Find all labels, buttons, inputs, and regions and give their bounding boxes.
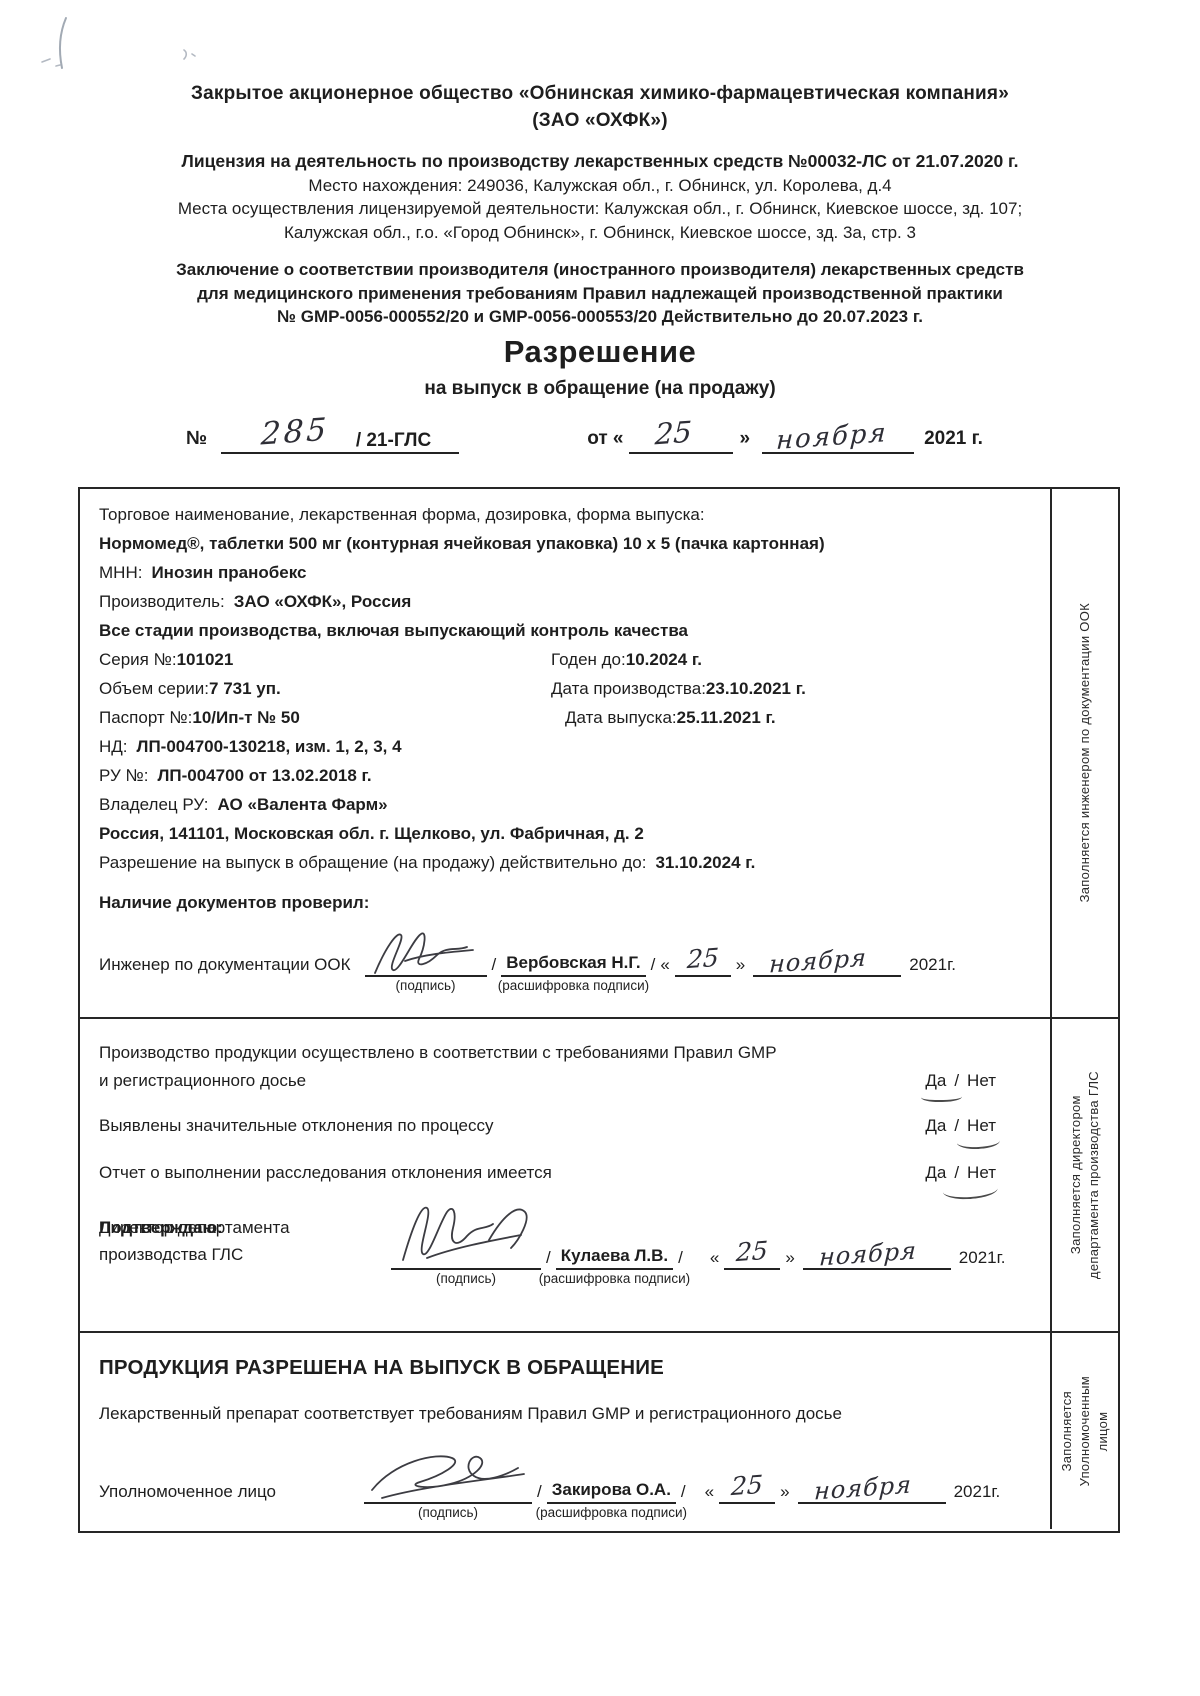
question-3-answer: Да/Нет xyxy=(925,1159,996,1187)
volume-cell: Объем серии:7 731 уп. xyxy=(99,674,551,703)
authorized-name-text: Закирова О.А. xyxy=(552,1480,671,1499)
slash-2: / xyxy=(651,955,656,977)
volume-label: Объем серии: xyxy=(99,679,209,698)
open-quote: « xyxy=(705,1482,714,1504)
question-3-text: Отчет о выполнении расследования отклоне… xyxy=(99,1159,552,1187)
engineer-name: Вербовская Н.Г. (расшифровка подписи) xyxy=(501,953,645,977)
director-signature-blank: (подпись) xyxy=(391,1242,541,1270)
permit-year: 2021 г. xyxy=(924,428,983,454)
director-signature-row: Директор департамента производства ГЛС (… xyxy=(99,1214,1032,1270)
section3-content: ПРОДУКЦИЯ РАЗРЕШЕНА НА ВЫПУСК В ОБРАЩЕНИ… xyxy=(80,1333,1050,1529)
owner-label: Владелец РУ: xyxy=(99,795,208,814)
owner-row: Владелец РУ:АО «Валента Фарм» xyxy=(99,790,1032,819)
mnn-label: МНН: xyxy=(99,563,142,582)
authorized-name: Закирова О.А. (расшифровка подписи) xyxy=(547,1480,676,1504)
director-year: 2021г. xyxy=(959,1248,1006,1270)
name-caption: (расшифровка подписи) xyxy=(539,1271,690,1286)
authorized-month-handwritten: ноября xyxy=(813,1470,912,1505)
question-2-row: Выявлены значительные отклонения по проц… xyxy=(99,1112,996,1140)
director-day-handwritten: 25 xyxy=(736,1236,769,1267)
slash-5: / xyxy=(537,1482,542,1504)
proddate-cell: Дата производства:23.10.2021 г. xyxy=(551,674,1032,703)
question-2-text: Выявлены значительные отклонения по проц… xyxy=(99,1112,494,1140)
documents-checked-heading: Наличие документов проверил: xyxy=(99,888,1032,917)
series-value: 101021 xyxy=(177,650,234,669)
question-1-text: Производство продукции осуществлено в со… xyxy=(99,1039,777,1095)
engineer-day-handwritten: 25 xyxy=(686,943,719,974)
permit-number-suffix: / 21-ГЛС xyxy=(356,430,431,452)
director-month-handwritten: ноября xyxy=(818,1236,917,1271)
section3-sidebar: Заполняется Уполномоченным лицом xyxy=(1050,1333,1118,1529)
open-quote: « xyxy=(710,1248,719,1270)
close-quote: » xyxy=(785,1248,794,1270)
section1-sidebar: Заполняется инженером по документации ОО… xyxy=(1050,489,1118,1017)
open-quote: « xyxy=(660,955,669,977)
engineer-signature-blank: (подпись) xyxy=(365,949,487,977)
header-license: Лицензия на деятельность по производству… xyxy=(60,150,1140,244)
license-address: Место нахождения: 249036, Калужская обл.… xyxy=(60,174,1140,198)
question-2-answer: Да/Нет xyxy=(925,1112,996,1140)
validity-row: Разрешение на выпуск в обращение (на про… xyxy=(99,848,1032,877)
license-sites-2: Калужская обл., г.о. «Город Обнинск», г.… xyxy=(60,221,1140,245)
q2-answer-no: Нет xyxy=(967,1112,996,1140)
gmp-line-1: Заключение о соответствии производителя … xyxy=(60,258,1140,282)
section-release-approval: ПРОДУКЦИЯ РАЗРЕШЕНА НА ВЫПУСК В ОБРАЩЕНИ… xyxy=(80,1333,1118,1529)
close-quote: » xyxy=(780,1482,789,1504)
engineer-role: Инженер по документации ООК xyxy=(99,955,351,977)
question-1-line1: Производство продукции осуществлено в со… xyxy=(99,1039,777,1067)
nd-row: НД:ЛП-004700-130218, изм. 1, 2, 3, 4 xyxy=(99,732,1032,761)
director-day-blank: 25 xyxy=(724,1234,780,1270)
ru-value: ЛП-004700 от 13.02.2018 г. xyxy=(157,766,371,785)
question-1-line2: и регистрационного досье xyxy=(99,1067,777,1095)
header-gmp-conclusion: Заключение о соответствии производителя … xyxy=(60,258,1140,329)
org-name: Закрытое акционерное общество «Обнинская… xyxy=(60,80,1140,107)
gmp-line-3: № GMP-0056-000552/20 и GMP-0056-000553/2… xyxy=(60,305,1140,329)
manufacturer-value: ЗАО «ОХФК», Россия xyxy=(234,592,412,611)
authorized-month-blank: ноября xyxy=(798,1468,946,1504)
director-month-blank: ноября xyxy=(803,1234,951,1270)
signature-icon xyxy=(364,1446,532,1508)
permit-month-blank: ноября xyxy=(762,412,914,454)
volume-value: 7 731 уп. xyxy=(209,679,281,698)
license-line: Лицензия на деятельность по производству… xyxy=(60,150,1140,174)
q1-answer-yes: Да xyxy=(925,1067,946,1095)
stages-row: Все стадии производства, включая выпуска… xyxy=(99,616,1032,645)
section-product-info: Торговое наименование, лекарственная фор… xyxy=(80,489,1118,1019)
permit-month-handwritten: ноября xyxy=(775,418,888,456)
reldate-label: Дата выпуска: xyxy=(565,708,677,727)
permit-day-blank: 25 xyxy=(629,412,733,454)
signature-icon xyxy=(391,1196,541,1274)
name-caption: (расшифровка подписи) xyxy=(536,1505,687,1520)
sidebar-label-engineer: Заполняется инженером по документации ОО… xyxy=(1076,603,1094,902)
q3-answer-sep: / xyxy=(954,1163,959,1182)
director-name: Кулаева Л.В. (расшифровка подписи) xyxy=(556,1246,673,1270)
authorized-year: 2021г. xyxy=(954,1482,1001,1504)
series-label: Серия №: xyxy=(99,650,177,669)
question-1-row: Производство продукции осуществлено в со… xyxy=(99,1039,996,1095)
q3-answer-yes: Да xyxy=(925,1159,946,1187)
expiry-cell: Годен до:10.2024 г. xyxy=(551,645,1032,674)
engineer-signature-row: Инженер по документации ООК (подпись) / … xyxy=(99,941,1032,977)
trade-name-value: Нормомед®, таблетки 500 мг (контурная яч… xyxy=(99,529,1032,558)
sidebar-authorized-line3: лицом xyxy=(1094,1376,1112,1486)
series-expiry-row: Серия №:101021 Годен до:10.2024 г. xyxy=(99,645,1032,674)
nd-label: НД: xyxy=(99,737,128,756)
engineer-month-handwritten: ноября xyxy=(769,943,868,978)
nd-value: ЛП-004700-130218, изм. 1, 2, 3, 4 xyxy=(137,737,402,756)
name-caption: (расшифровка подписи) xyxy=(498,978,649,993)
gmp-line-2: для медицинского применения требованиям … xyxy=(60,282,1140,306)
owner-address-row: Россия, 141101, Московская обл. г. Щелко… xyxy=(99,819,1032,848)
reldate-cell: Дата выпуска:25.11.2021 г. xyxy=(551,703,1032,732)
signature-caption: (подпись) xyxy=(396,978,456,993)
director-role-line1: Директор департамента xyxy=(99,1214,391,1241)
permit-close-quote: » xyxy=(739,428,750,454)
permit-number-row: № 285 / 21-ГЛС от « 25 » ноября 2021 г. xyxy=(78,408,1120,460)
q3-answer-no: Нет xyxy=(967,1159,996,1187)
mnn-row: МНН:Инозин пранобекс xyxy=(99,558,1032,587)
q1-answer-sep: / xyxy=(954,1071,959,1090)
permit-number-handwritten: 285 xyxy=(260,412,330,453)
header-organization: Закрытое акционерное общество «Обнинская… xyxy=(60,80,1140,134)
document-page: Закрытое акционерное общество «Обнинская… xyxy=(0,0,1200,1696)
sidebar-director-line1: Заполняется директором xyxy=(1067,1071,1085,1279)
sidebar-authorized-line1: Заполняется xyxy=(1058,1376,1076,1486)
section1-content: Торговое наименование, лекарственная фор… xyxy=(80,489,1050,1017)
q2-answer-sep: / xyxy=(954,1116,959,1135)
pen-mark-icon xyxy=(34,10,224,80)
document-frame: Торговое наименование, лекарственная фор… xyxy=(78,487,1120,1533)
sidebar-label-director: Заполняется директором департамента прои… xyxy=(1067,1071,1103,1279)
permit-number-label: № xyxy=(186,428,207,454)
signature-caption: (подпись) xyxy=(418,1505,478,1520)
release-statement: Лекарственный препарат соответствует тре… xyxy=(99,1400,1032,1428)
permit-date-prefix: от « xyxy=(587,428,623,454)
q2-answer-yes: Да xyxy=(925,1112,946,1140)
passport-label: Паспорт №: xyxy=(99,708,192,727)
close-quote: » xyxy=(736,955,745,977)
director-name-text: Кулаева Л.В. xyxy=(561,1246,668,1265)
sidebar-label-authorized: Заполняется Уполномоченным лицом xyxy=(1058,1376,1112,1486)
sidebar-engineer-line: Заполняется инженером по документации ОО… xyxy=(1076,603,1094,902)
document-subtitle: на выпуск в обращение (на продажу) xyxy=(60,378,1140,400)
section2-sidebar: Заполняется директором департамента прои… xyxy=(1050,1019,1118,1331)
signature-icon xyxy=(365,925,487,981)
passport-reldate-row: Паспорт №:10/Ип-т № 50 Дата выпуска:25.1… xyxy=(99,703,1032,732)
authorized-signature-blank: (подпись) xyxy=(364,1476,532,1504)
owner-value: АО «Валента Фарм» xyxy=(217,795,387,814)
trade-name-label: Торговое наименование, лекарственная фор… xyxy=(99,500,1032,529)
mnn-value: Инозин пранобекс xyxy=(151,563,306,582)
ru-row: РУ №:ЛП-004700 от 13.02.2018 г. xyxy=(99,761,1032,790)
section2-content: Производство продукции осуществлено в со… xyxy=(80,1019,1050,1331)
validity-label: Разрешение на выпуск в обращение (на про… xyxy=(99,853,646,872)
slash-4: / xyxy=(678,1248,683,1270)
signature-caption: (подпись) xyxy=(436,1271,496,1286)
q1-answer-no: Нет xyxy=(967,1067,996,1095)
slash-6: / xyxy=(681,1482,686,1504)
document-title: Разрешение xyxy=(60,334,1140,370)
permit-number-blank: 285 / 21-ГЛС xyxy=(221,412,459,454)
proddate-label: Дата производства: xyxy=(551,679,706,698)
proddate-value: 23.10.2021 г. xyxy=(706,679,806,698)
authorized-day-blank: 25 xyxy=(719,1468,775,1504)
reldate-value: 25.11.2021 г. xyxy=(677,708,776,727)
passport-cell: Паспорт №:10/Ип-т № 50 xyxy=(99,703,551,732)
permit-day-handwritten: 25 xyxy=(655,415,694,452)
authorized-role: Уполномоченное лицо xyxy=(99,1482,364,1504)
release-heading: ПРОДУКЦИЯ РАЗРЕШЕНА НА ВЫПУСК В ОБРАЩЕНИ… xyxy=(99,1353,1032,1383)
authorized-day-handwritten: 25 xyxy=(730,1470,763,1501)
passport-value: 10/Ип-т № 50 xyxy=(192,708,299,727)
validity-value: 31.10.2024 г. xyxy=(655,853,755,872)
slash-3: / xyxy=(546,1248,551,1270)
manufacturer-row: Производитель:ЗАО «ОХФК», Россия xyxy=(99,587,1032,616)
manufacturer-label: Производитель: xyxy=(99,592,225,611)
director-role-line2: производства ГЛС xyxy=(99,1241,391,1268)
engineer-month-blank: ноября xyxy=(753,941,901,977)
engineer-day-blank: 25 xyxy=(675,941,731,977)
ru-label: РУ №: xyxy=(99,766,148,785)
question-3-row: Отчет о выполнении расследования отклоне… xyxy=(99,1159,996,1187)
series-cell: Серия №:101021 xyxy=(99,645,551,674)
expiry-value: 10.2024 г. xyxy=(626,650,702,669)
director-role: Директор департамента производства ГЛС xyxy=(99,1214,391,1270)
sidebar-authorized-line2: Уполномоченным xyxy=(1076,1376,1094,1486)
org-short-name: (ЗАО «ОХФК») xyxy=(60,107,1140,134)
license-sites-1: Места осуществления лицензируемой деятел… xyxy=(60,197,1140,221)
question-1-answer: Да/Нет xyxy=(925,1067,996,1095)
section-gmp-checklist: Производство продукции осуществлено в со… xyxy=(80,1019,1118,1333)
engineer-name-text: Вербовская Н.Г. xyxy=(506,953,640,972)
volume-proddate-row: Объем серии:7 731 уп. Дата производства:… xyxy=(99,674,1032,703)
sidebar-director-line2: департамента производства ГЛС xyxy=(1085,1071,1103,1279)
engineer-year: 2021г. xyxy=(909,955,956,977)
authorized-signature-row: Уполномоченное лицо (подпись) / Закирова… xyxy=(99,1468,1032,1504)
slash-1: / xyxy=(492,955,497,977)
expiry-label: Годен до: xyxy=(551,650,626,669)
